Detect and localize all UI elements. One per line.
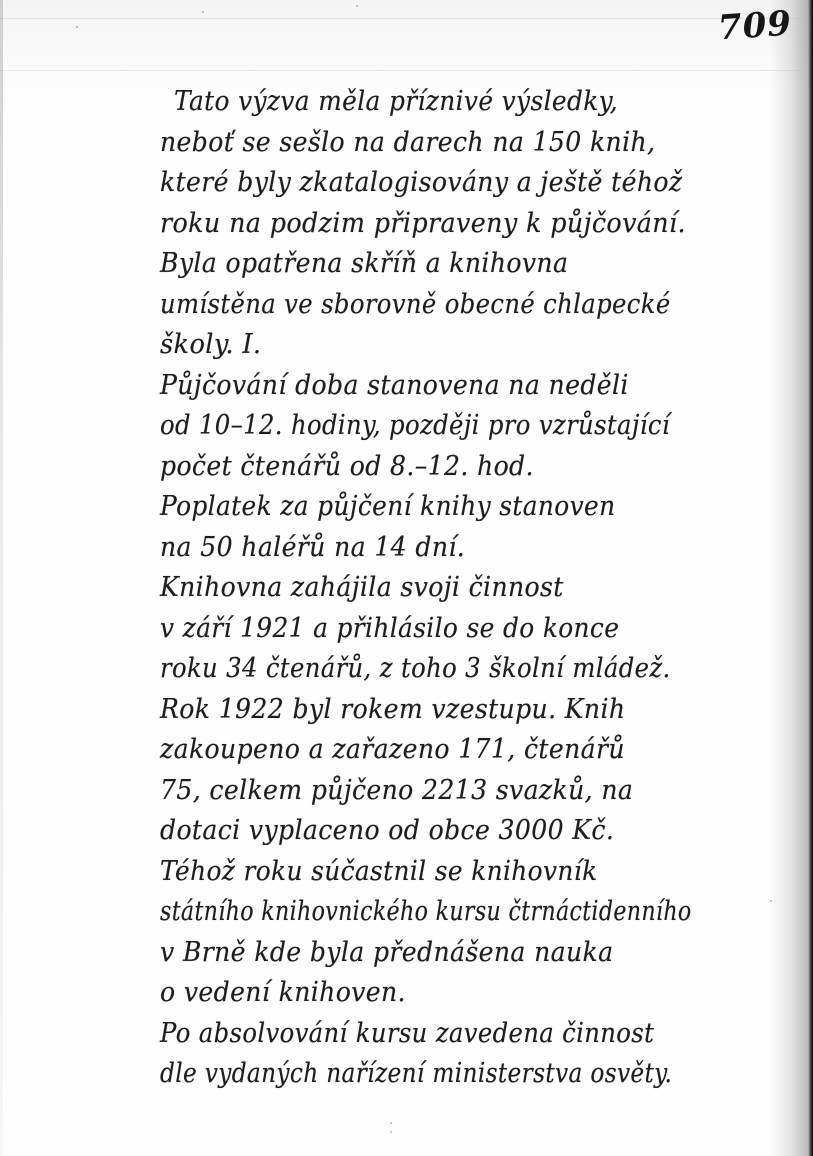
text-line: v září 1921 a přihlásilo se do konce <box>160 613 758 654</box>
text-line: Poplatek za půjčení knihy stanoven <box>160 491 758 532</box>
scan-speck <box>202 11 204 13</box>
scan-speck <box>390 1131 392 1133</box>
text-line: dotaci vyplaceno od obce 3000 Kč. <box>160 815 765 856</box>
scan-speck <box>76 26 78 28</box>
ruling-line <box>0 70 800 71</box>
text-line: Po absolvování kursu zavedena činnost <box>160 1018 745 1059</box>
page-number: 709 <box>717 3 794 48</box>
text-line: neboť se sešlo na darech na 150 knih, <box>160 127 765 168</box>
text-line: Půjčování doba stanovena na neděli <box>160 370 765 411</box>
scanned-page: 709 Tato výzva měla příznivé výsledky, n… <box>0 0 813 1156</box>
page-left-edge <box>0 0 3 1156</box>
text-line: Téhož roku súčastnil se knihovník <box>160 856 758 897</box>
text-line: roku 34 čtenářů, z toho 3 školní mládež. <box>160 653 745 694</box>
text-line: o vedení knihoven. <box>160 977 765 1018</box>
scan-speck <box>356 5 358 7</box>
scan-speck <box>770 900 772 902</box>
text-line: dle vydaných nařízení ministerstva osvět… <box>160 1058 719 1099</box>
text-line: od 10–12. hodiny, později pro vzrůstajíc… <box>160 410 745 451</box>
ruling-line <box>0 18 800 19</box>
text-line: státního knihovnického kursu čtrnáctiden… <box>160 896 693 937</box>
handwritten-text-block: Tato výzva měla příznivé výsledky, neboť… <box>160 86 810 1099</box>
text-line: na 50 haléřů na 14 dní. <box>160 532 765 573</box>
scan-speck <box>390 1122 392 1124</box>
text-line: Byla opatřena skříň a knihovna <box>160 248 765 289</box>
text-line: Knihovna zahájila svoji činnost <box>160 572 765 613</box>
text-line: Rok 1922 byl rokem vzestupu. Knih <box>160 694 765 735</box>
text-line: zakoupeno a zařazeno 171, čtenářů <box>160 734 765 775</box>
text-line: školy. I. <box>160 329 778 370</box>
text-line: umístěna ve sborovně obecné chlapecké <box>160 289 745 330</box>
text-line: počet čtenářů od 8.–12. hod. <box>160 451 765 492</box>
text-line: roku na podzim připraveny k půjčování. <box>160 208 771 249</box>
text-line: v Brně kde byla přednášena nauka <box>160 937 765 978</box>
text-line: Tato výzva měla příznivé výsledky, <box>174 86 772 127</box>
text-line: které byly zkatalogisovány a ještě téhož <box>160 167 765 208</box>
text-line: 75, celkem půjčeno 2213 svazků, na <box>160 775 765 816</box>
